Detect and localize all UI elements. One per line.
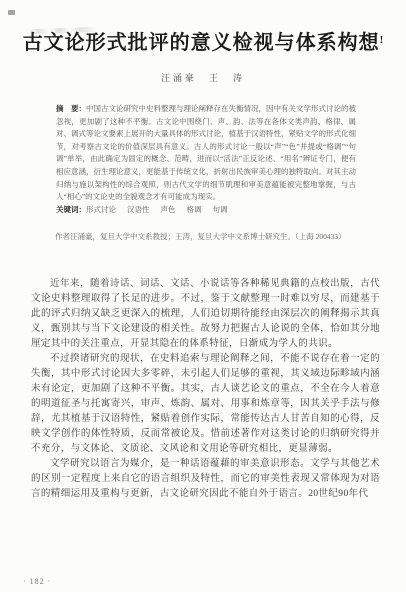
author-affiliation-note: 作者汪涌豪，复旦大学中文系教授；王涛，复旦大学中文系博士研究生。（上海 2004… <box>40 230 380 243</box>
abstract-paragraph: 摘 要：中国古文论研究中史料整理与理论阐释存在失衡情况，因中有关文学形式讨论的被… <box>56 103 356 204</box>
body-paragraph: 近年来，随着诗话、词话、文话、小说话等各种稀见典籍的点校出版，古代文论史料整理取… <box>31 277 380 352</box>
keywords-label: 关键词： <box>56 205 86 214</box>
keyword-item: 形式讨论 <box>86 205 116 214</box>
scan-speck-artifact <box>8 10 15 15</box>
document-page: 古文论形式批评的意义检视与体系构想! 汪涌豪 王 涛 摘 要：中国古文论研究中史… <box>0 0 406 592</box>
keyword-item: 声色 <box>161 205 176 214</box>
title-footnote-mark: ! <box>380 34 384 46</box>
abstract-text: 中国古文论研究中史料整理与理论阐释存在失衡情况，因中有关文学形式讨论的被忽视，更… <box>56 104 356 201</box>
page-number: · 182 · <box>23 577 51 586</box>
keyword-item: 格调 <box>187 205 202 214</box>
body-paragraph: 文学研究以语言为媒介，是一种话语蕴藉的审美意识形态。文学与其他艺术的区别一定程度… <box>31 457 380 502</box>
article-body: 近年来，随着诗话、词话、文话、小说话等各种稀见典籍的点校出版，古代文论史料整理取… <box>31 277 380 502</box>
body-paragraph: 不过揆诸研究的现状，在史料追索与理论阐释之间，不能不说存在着一定的失衡，其中形式… <box>31 352 380 457</box>
keywords-line: 关键词：形式讨论汉语性声色格调句调 <box>56 204 356 217</box>
abstract-block: 摘 要：中国古文论研究中史料整理与理论阐释存在失衡情况，因中有关文学形式讨论的被… <box>56 103 356 216</box>
keyword-item: 汉语性 <box>127 205 150 214</box>
keyword-item: 句调 <box>213 205 228 214</box>
abstract-label: 摘 要： <box>56 104 86 113</box>
article-title-text: 古文论形式批评的意义检视与体系构想 <box>23 32 380 54</box>
article-authors: 汪涌豪 王 涛 <box>0 71 406 84</box>
